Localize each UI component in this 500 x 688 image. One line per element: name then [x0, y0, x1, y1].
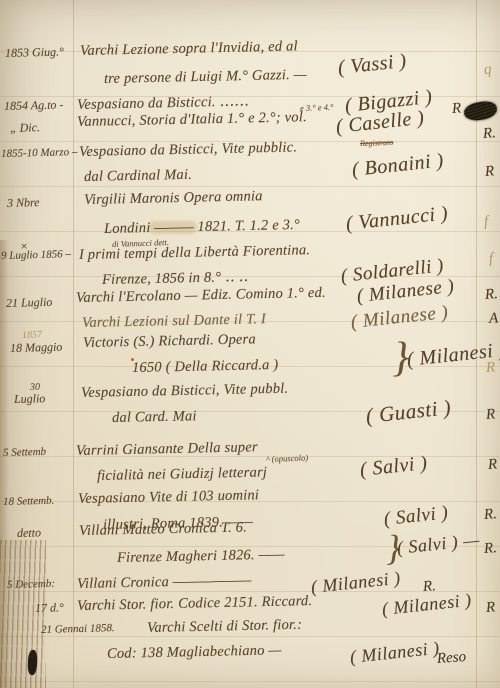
entry-date: 9 Luglio 1856 – [1, 248, 71, 262]
date-column-rule [73, 0, 74, 688]
entry-text-line2: 1650 ( Della Riccard.a ) [132, 357, 279, 377]
entry-date: 18 Settemb. [3, 495, 55, 508]
entry-date: „ Dic. [10, 120, 40, 136]
entry-text-line2: dal Card. Mai [112, 408, 197, 427]
manuscript-page: 1853 Giug.° Varchi Lezione sopra l'Invid… [0, 0, 500, 688]
entry-text-line2: dal Cardinal Mai. [84, 167, 192, 186]
margin-mark: R. [484, 286, 498, 304]
entry-date: 1854 Ag.to - [4, 97, 64, 114]
entry-text-line2: Firenze Magheri 1826. —— [117, 546, 285, 567]
entry-date: 21 Luglio [6, 295, 53, 311]
interlinear-insertion: e 3.° e 4.° [300, 102, 334, 113]
entry-date: detto [17, 525, 41, 541]
margin-mark: R. [483, 540, 497, 558]
margin-mark: R [451, 100, 461, 118]
margin-mark: A [488, 310, 498, 328]
entry-text-line1: Victoris (S.) Richardi. Opera [83, 331, 256, 352]
margin-mark: R [484, 163, 494, 181]
margin-mark: R [487, 456, 497, 474]
entry-text-line2: ficialità nei Giudizj letterarj [97, 464, 267, 485]
entry-date: 5 Settemb [3, 446, 46, 459]
entry-date: 3 Nbre [7, 195, 40, 211]
returned-note: Reso [436, 649, 466, 668]
entry-date: 1855-10 Marzo – [1, 146, 78, 160]
entry-text-line1: Varchi Scelti di Stor. fior.: [147, 617, 302, 637]
caret-insertion: ^ (opuscolo) [266, 453, 308, 464]
margin-mark: R [485, 406, 495, 424]
margin-mark: R. [483, 506, 497, 524]
entry-date: 5 Decemb: [7, 578, 55, 591]
entry-text-line1: Villani Cronica —————— [77, 572, 252, 593]
entry-date: Luglio [14, 391, 46, 407]
margin-mark: R [485, 599, 495, 617]
entry-date: 1853 Giug.° [5, 44, 64, 61]
entry-text-line2: Cod: 138 Magliabechiano — [107, 642, 282, 663]
entry-text-line1: Villani Matteo Cronica T. 6. [79, 519, 247, 540]
struck-out-word: Registrato [360, 138, 394, 148]
margin-mark: R. [482, 125, 496, 143]
margin-mark: R [485, 359, 495, 377]
entry-date: 21 Gennai 1858. [41, 622, 115, 636]
margin-mark: q [483, 61, 492, 78]
entry-date: 18 Maggio [10, 340, 63, 356]
entry-date: 17 d.° [35, 600, 64, 616]
